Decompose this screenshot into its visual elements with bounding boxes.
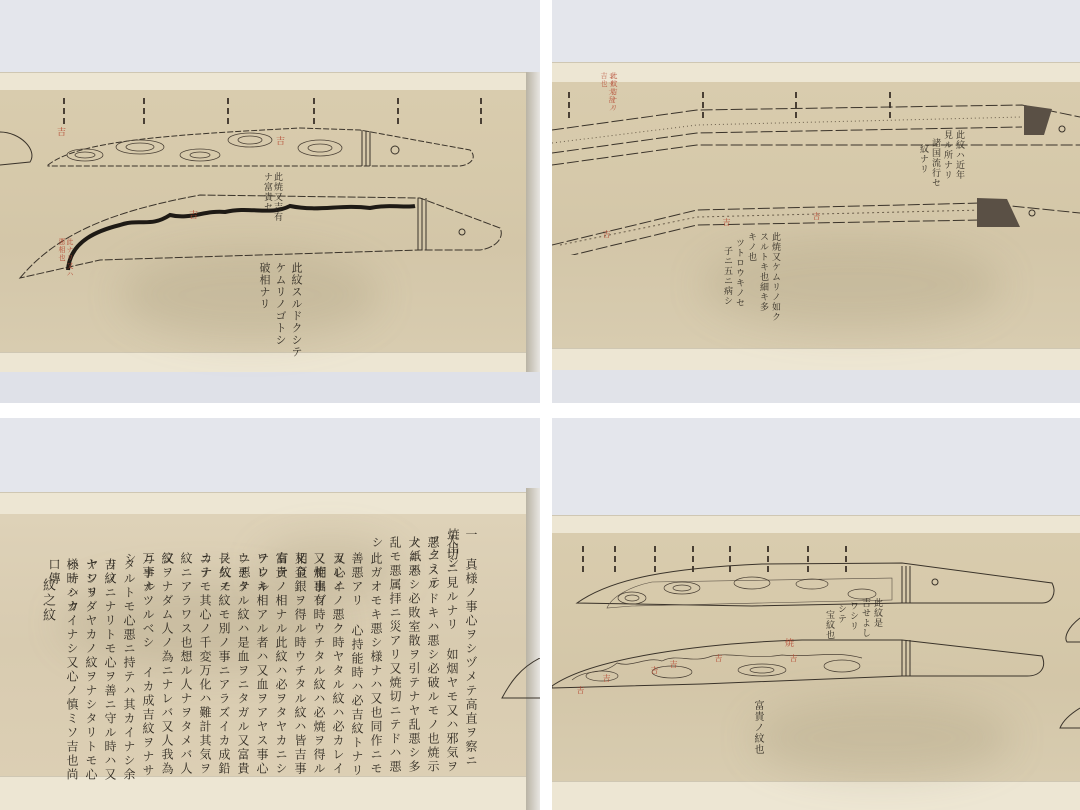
upper-note-col1: 此紋ハ近年 [954, 130, 964, 180]
photo-panel-bottom-left: 紋之紋 一 真様ノ事心ヲシヅメテ高直ヲ察ニ焼出シ 大切ニ見ルナリ 如烟ヤモ又ハ邪… [0, 418, 540, 810]
blade-note-col1: 此紋スルドクシテ [290, 262, 303, 358]
red-mark: 吉 [574, 686, 587, 695]
upper-blade-note: 此焼又吉有ナ富貴セ [262, 172, 282, 222]
red-mark: 吉 [53, 127, 66, 137]
upper-note-col2: 吉せよし [860, 598, 870, 638]
red-mark: 吉 [600, 230, 613, 239]
sword-drawing-pair [552, 558, 1080, 768]
upper-note-col4: シテ [836, 604, 846, 624]
lower-note: 富貴ノ紋也 [751, 700, 763, 755]
red-mark: 吉 [712, 654, 725, 663]
lower-note-col4: ツトロウキノセ [734, 238, 744, 308]
upper-note-col5: 宝紋也 [824, 610, 834, 640]
text-column: 此ガオモキ悪シ様ナハ又也同作ニモ [367, 552, 385, 782]
text-column: ニテモ其心ノ千変万化ハ難計其気ヲ [196, 552, 214, 782]
blade-tip-note: 此ナリ又ハ悪相也 [58, 238, 74, 278]
lower-note-col5: 子ニ五ニ病シ [722, 246, 732, 306]
red-top-mark: 焼 [781, 638, 794, 648]
lower-note-col3: キノ也 [746, 232, 756, 262]
lower-note-col1: 此焼又ケムリノ如ク [770, 232, 780, 322]
blade-note-col2: ケムリノゴトシ [274, 262, 287, 346]
red-mark: 吉 [185, 210, 198, 220]
red-mark: 吉 [272, 136, 285, 146]
upper-note-col1: 此紋是 [872, 598, 882, 628]
red-mark: 吉 [648, 666, 661, 675]
lower-note-col2: スルトキ也細キ多 [758, 232, 768, 312]
red-mark: 吉 [667, 660, 680, 669]
sword-drawing-upper-straight [552, 95, 1080, 255]
text-column: 大ニ悪シ必敗室散ヲ引テナヤ乱悪シ多 [405, 536, 423, 780]
red-mark: 吉 [600, 674, 613, 683]
upper-note-col3: 諸国流行セ [930, 138, 940, 188]
text-body: 一 真様ノ事心ヲシヅメテ高直ヲ察ニ焼出シ 大切ニ見ルナリ 如烟ヤモ又ハ邪気ヲフク… [60, 528, 480, 778]
upper-note-col2: 見ル所ナリ [942, 130, 952, 180]
text-column: 様時ハカイナシ又心ノ慎ミソ吉也尚口傳 [45, 558, 81, 782]
upper-note-col4: 紋ナリ [918, 144, 928, 174]
photo-panel-top-right: 此紋吉ナリ シテ大乱ノ吉也 此紋ハ近年 見ル所ナリ 諸国流行セ 紋ナリ 此焼又ケ… [552, 0, 1080, 403]
sword-tip-fragment [500, 658, 540, 708]
red-mark: 吉 [720, 218, 733, 227]
red-mark: 吉 [810, 212, 823, 221]
photo-panel-bottom-right: 此紋是 吉せよし ワシリ シテ 宝紋也 富貴ノ紋也 焼 吉 吉 吉 吉 吉 吉 [552, 418, 1080, 810]
corner-note: シテ大乱ノ吉也 [600, 72, 616, 112]
upper-note-col3: ワシリ [848, 601, 858, 631]
red-mark: 吉 [787, 654, 800, 663]
blade-note-col3: 破相ナリ [258, 262, 271, 310]
photo-panel-top-left: 吉 吉 吉 此焼又吉有ナ富貴セ 此紋スルドクシテ ケムリノゴトシ 破相ナリ 此ナ… [0, 0, 540, 403]
